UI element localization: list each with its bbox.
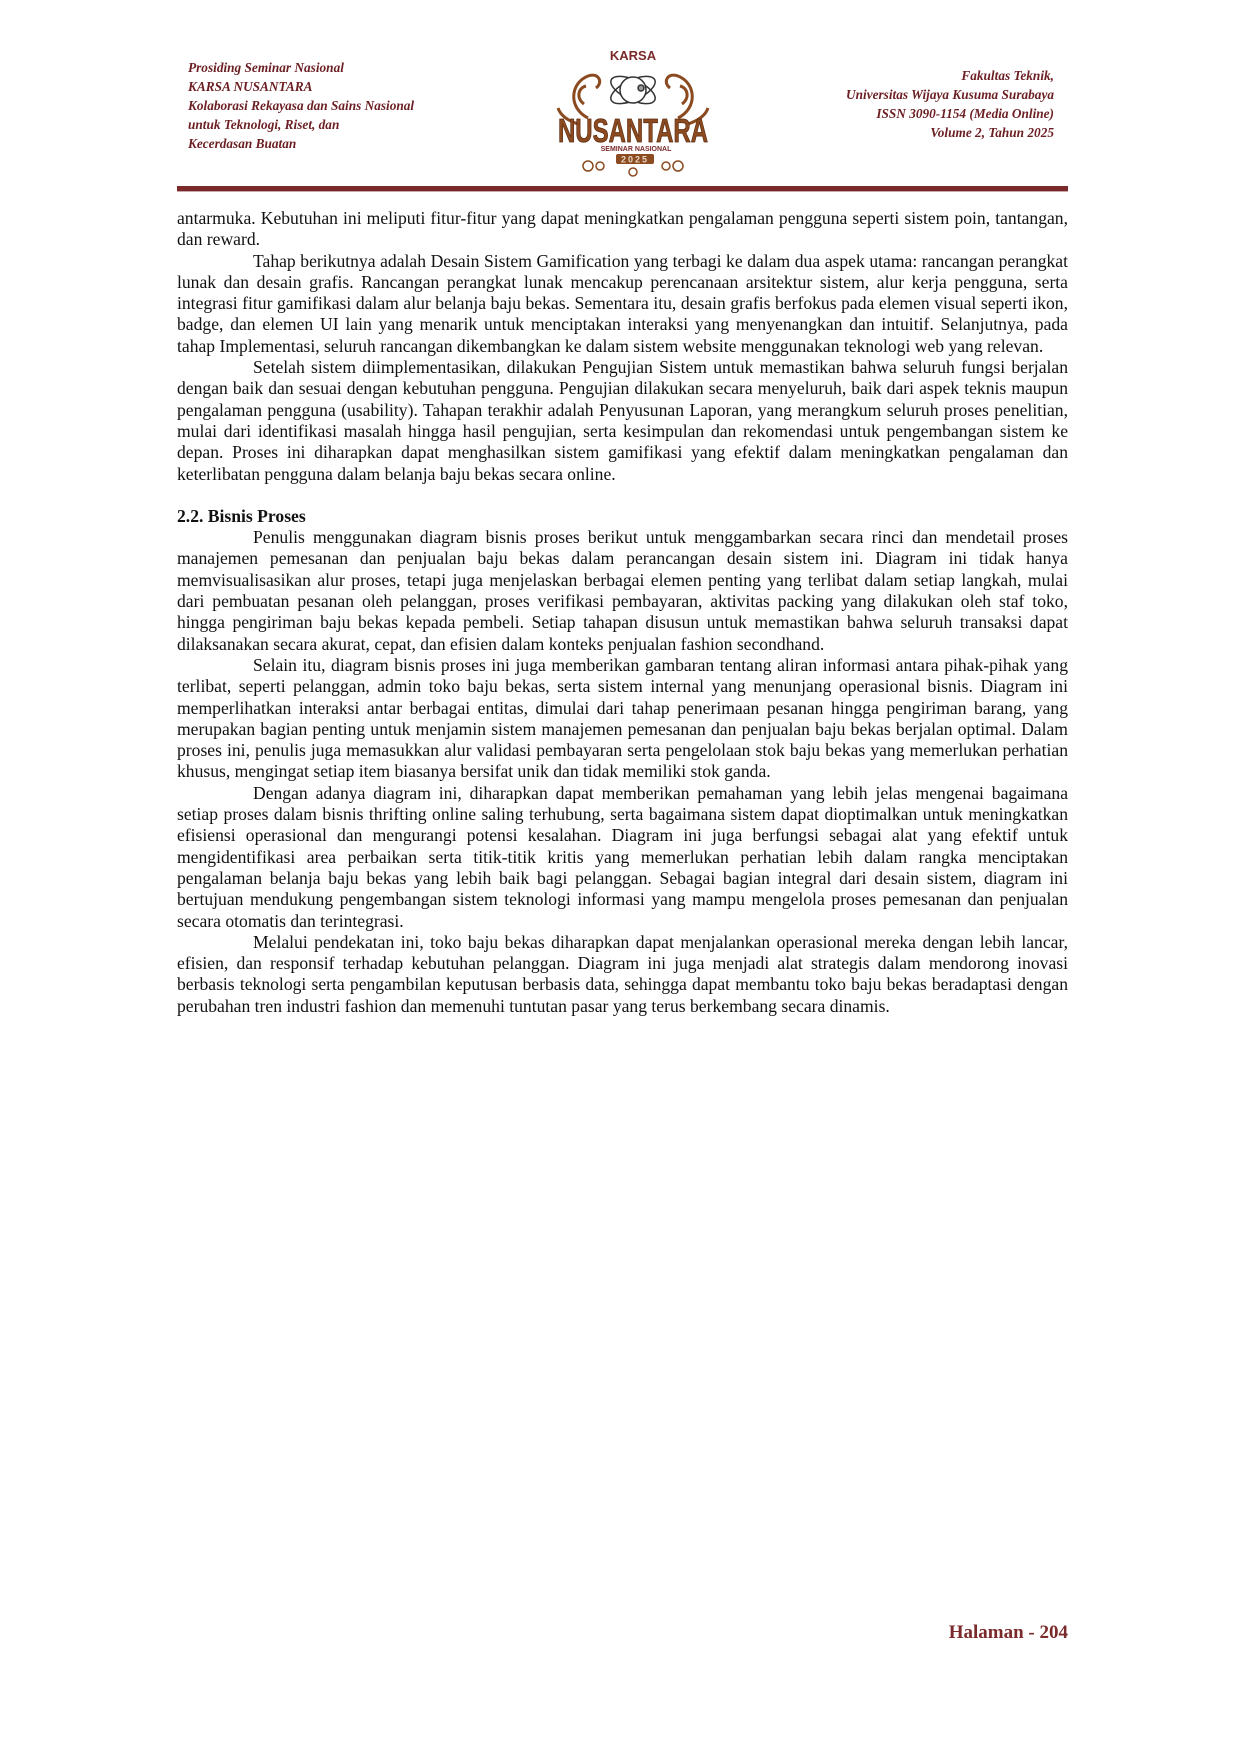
header-right-line: Universitas Wijaya Kusuma Surabaya xyxy=(734,85,1054,104)
paragraph: Setelah sistem diimplementasikan, dilaku… xyxy=(177,357,1068,485)
paragraph: Melalui pendekatan ini, toko baju bekas … xyxy=(177,932,1068,1017)
header-left-line: Kecerdasan Buatan xyxy=(188,134,508,153)
paragraph: antarmuka. Kebutuhan ini meliputi fitur-… xyxy=(177,208,1068,251)
logo-main-text: NUSANTARA xyxy=(558,112,708,149)
logo-top-text: KARSA xyxy=(610,48,657,63)
header-proceedings-info: Prosiding Seminar Nasional KARSA NUSANTA… xyxy=(188,58,508,153)
header-left-line: KARSA NUSANTARA xyxy=(188,77,508,96)
logo-year: 2025 xyxy=(621,155,649,165)
paragraph: Selain itu, diagram bisnis proses ini ju… xyxy=(177,655,1068,783)
header-divider-shadow xyxy=(177,191,1068,192)
karsa-nusantara-logo: KARSA NUSANTARA SEMINAR NASIONAL 2025 xyxy=(548,38,718,178)
section-heading: 2.2. Bisnis Proses xyxy=(177,506,1068,527)
page-body: antarmuka. Kebutuhan ini meliputi fitur-… xyxy=(177,208,1068,1017)
header-left-line: Kolaborasi Rekayasa dan Sains Nasional xyxy=(188,96,508,115)
paragraph: Dengan adanya diagram ini, diharapkan da… xyxy=(177,783,1068,932)
atom-emblem-icon xyxy=(607,71,659,109)
page-number: Halaman - 204 xyxy=(949,1622,1068,1644)
header-left-line: untuk Teknologi, Riset, dan xyxy=(188,115,508,134)
paragraph: Penulis menggunakan diagram bisnis prose… xyxy=(177,527,1068,655)
header-left-line: Prosiding Seminar Nasional xyxy=(188,58,508,77)
header-right-line: Volume 2, Tahun 2025 xyxy=(734,123,1054,142)
header-faculty-info: Fakultas Teknik, Universitas Wijaya Kusu… xyxy=(734,66,1054,142)
logo-sub-text: SEMINAR NASIONAL xyxy=(601,146,673,153)
header-right-line: Fakultas Teknik, xyxy=(734,66,1054,85)
header-right-line: ISSN 3090-1154 (Media Online) xyxy=(734,104,1054,123)
paragraph: Tahap berikutnya adalah Desain Sistem Ga… xyxy=(177,251,1068,357)
